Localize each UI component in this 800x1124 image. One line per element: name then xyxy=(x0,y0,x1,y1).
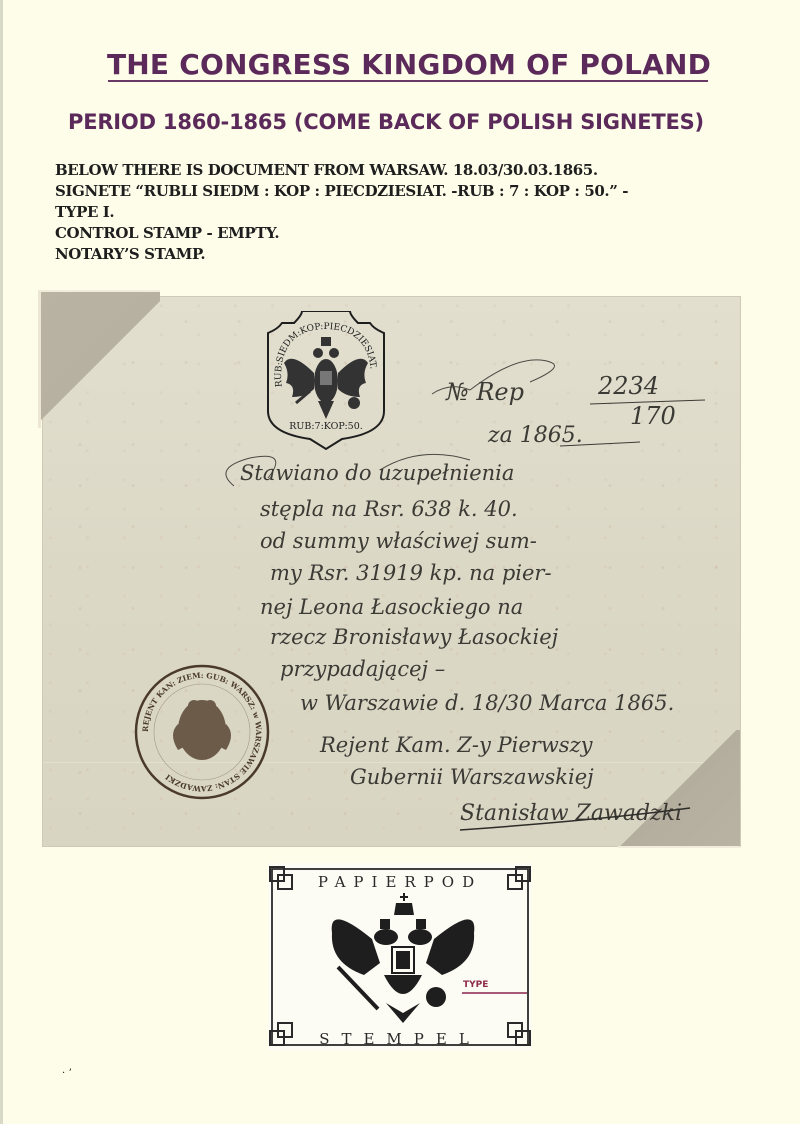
handwritten-line: od summy właściwej sum- xyxy=(260,529,537,553)
eagle-icon xyxy=(173,700,231,760)
description-line: TYPE I. xyxy=(55,202,785,223)
handwritten-text: Stawiano do uzupełnieniastępla na Rsr. 6… xyxy=(220,440,750,840)
papier-top-text: PAPIERPOD xyxy=(318,873,482,891)
description-block: BELOW THERE IS DOCUMENT FROM WARSAW. 18.… xyxy=(55,160,785,265)
handwritten-line: nej Leona Łasockiego na xyxy=(260,595,523,619)
stray-mark: · ʼ xyxy=(62,1068,72,1079)
notary-stamp: REJENT KAN: ZIEM: GUB: WARSZ: w WARSZAWI… xyxy=(134,664,270,800)
eagle-icon xyxy=(284,337,368,419)
handwritten-line: stępla na Rsr. 638 k. 40. xyxy=(260,497,518,521)
type-label: TYPE xyxy=(463,980,488,990)
signet-type-illustration: PAPIERPOD STEMPEL xyxy=(268,863,532,1050)
svg-text:170: 170 xyxy=(630,402,676,430)
title-underline xyxy=(108,80,708,82)
svg-text:№ Rep: № Rep xyxy=(445,378,524,406)
handwritten-line: przypadającej – xyxy=(280,657,445,681)
registry-note: № Rep 2234 170 za 1865. xyxy=(430,352,730,447)
page-edge xyxy=(0,0,3,1124)
double-headed-eagle-icon xyxy=(332,893,475,1023)
signet-bottom-text: RUB:7:KOP:50. xyxy=(289,421,363,432)
handwritten-line: Stawiano do uzupełnienia xyxy=(240,461,514,485)
corner-mount-top-left xyxy=(38,290,160,428)
svg-text:2234: 2234 xyxy=(597,372,659,400)
description-line: SIGNETE “RUBLI SIEDM : KOP : PIECDZIESIA… xyxy=(55,181,785,202)
description-line: BELOW THERE IS DOCUMENT FROM WARSAW. 18.… xyxy=(55,160,785,181)
handwritten-line: w Warszawie d. 18/30 Marca 1865. xyxy=(300,691,674,715)
page-title: THE CONGRESS KINGDOM OF POLAND xyxy=(107,48,707,81)
handwritten-line: my Rsr. 31919 kp. na pier- xyxy=(270,561,552,585)
papier-bottom-text: STEMPEL xyxy=(319,1030,481,1048)
description-line: NOTARY’S STAMP. xyxy=(55,244,785,265)
signet-stamp: RUB:SIEDM:KOP:PIECDZIESIAT. RUB:7:KOP:50… xyxy=(262,311,390,451)
handwritten-line: Rejent Kam. Z-y Pierwszy xyxy=(319,733,594,757)
description-line: CONTROL STAMP - EMPTY. xyxy=(55,223,785,244)
type-underline xyxy=(462,992,527,994)
handwritten-line: rzecz Bronisławy Łasockiej xyxy=(270,625,559,649)
handwritten-line: Gubernii Warszawskiej xyxy=(350,765,594,789)
page-subtitle: PERIOD 1860-1865 (COME BACK OF POLISH SI… xyxy=(68,110,758,134)
